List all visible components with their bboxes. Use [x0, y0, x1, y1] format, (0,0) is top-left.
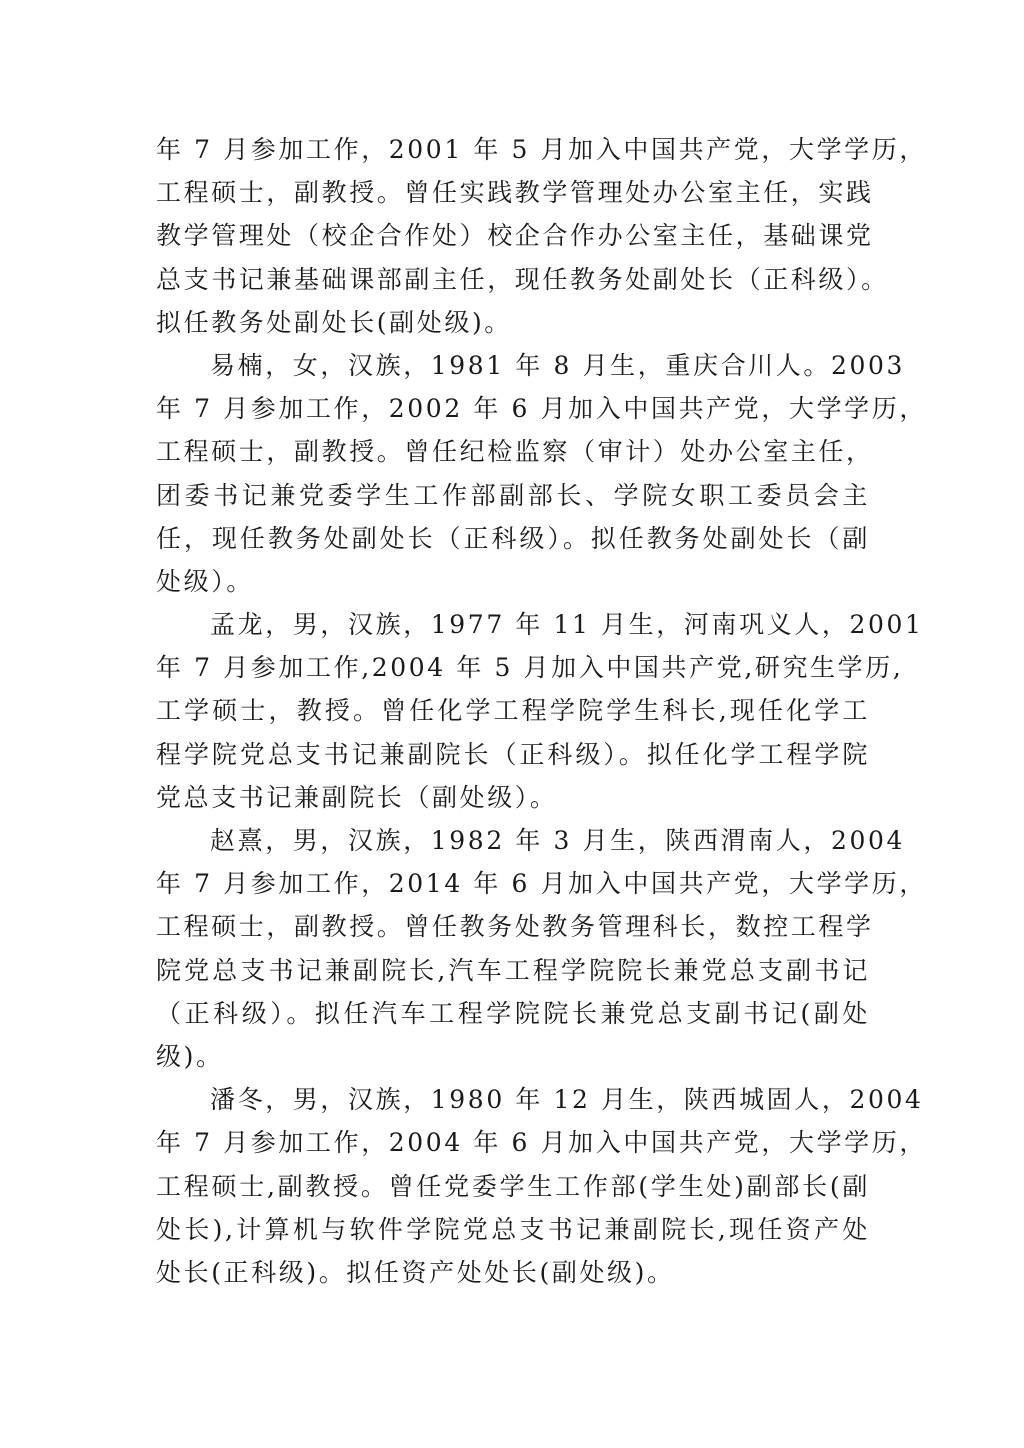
text-line: 处长),计算机与软件学院党总支书记兼副院长,现任资产处	[156, 1208, 870, 1251]
text-line: 处长(正科级)。拟任资产处处长(副处级)。	[156, 1251, 870, 1294]
text-line: 级)。	[156, 1035, 870, 1078]
text-line: 工学硕士，教授。曾任化学工程学院学生科长,现任化学工	[156, 689, 870, 732]
paragraph-meng-long: 孟龙，男，汉族，1977 年 11 月生，河南巩义人，2001 年 7 月参加工…	[156, 603, 870, 819]
text-line: （正科级）。拟任汽车工程学院院长兼党总支副书记(副处	[156, 992, 870, 1035]
text-line: 孟龙，男，汉族，1977 年 11 月生，河南巩义人，2001	[156, 603, 870, 646]
paragraph-pan-dong: 潘冬，男，汉族，1980 年 12 月生，陕西城固人，2004 年 7 月参加工…	[156, 1078, 870, 1294]
paragraph-zhao-xi: 赵熹，男，汉族，1982 年 3 月生，陕西渭南人，2004 年 7 月参加工作…	[156, 819, 870, 1078]
text-line: 院党总支书记兼副院长,汽车工程学院院长兼党总支副书记	[156, 949, 870, 992]
text-line: 年 7 月参加工作，2001 年 5 月加入中国共产党，大学学历，	[156, 128, 870, 171]
text-line: 工程硕士,副教授。曾任党委学生工作部(学生处)副部长(副	[156, 1165, 870, 1208]
text-line: 程学院党总支书记兼副院长（正科级）。拟任化学工程学院	[156, 733, 870, 776]
text-line: 年 7 月参加工作，2002 年 6 月加入中国共产党，大学学历，	[156, 387, 870, 430]
text-line: 年 7 月参加工作,2004 年 5 月加入中国共产党,研究生学历,	[156, 646, 870, 689]
text-line: 总支书记兼基础课部副主任，现任教务处副处长（正科级）。	[156, 258, 870, 301]
text-line: 处级）。	[156, 560, 870, 603]
text-line: 年 7 月参加工作，2004 年 6 月加入中国共产党，大学学历，	[156, 1121, 870, 1164]
text-line: 党总支书记兼副院长（副处级）。	[156, 776, 870, 819]
text-line: 易楠，女，汉族，1981 年 8 月生，重庆合川人。2003	[156, 344, 870, 387]
text-line: 年 7 月参加工作，2014 年 6 月加入中国共产党，大学学历，	[156, 862, 870, 905]
text-line: 任，现任教务处副处长（正科级）。拟任教务处副处长（副	[156, 517, 870, 560]
text-line: 工程硕士，副教授。曾任纪检监察（审计）处办公室主任，	[156, 430, 870, 473]
text-line: 拟任教务处副处长(副处级)。	[156, 301, 870, 344]
text-line: 教学管理处（校企合作处）校企合作办公室主任，基础课党	[156, 214, 870, 257]
text-line: 潘冬，男，汉族，1980 年 12 月生，陕西城固人，2004	[156, 1078, 870, 1121]
text-line: 赵熹，男，汉族，1982 年 3 月生，陕西渭南人，2004	[156, 819, 870, 862]
paragraph-continued: 年 7 月参加工作，2001 年 5 月加入中国共产党，大学学历， 工程硕士，副…	[156, 128, 870, 344]
text-line: 工程硕士，副教授。曾任教务处教务管理科长，数控工程学	[156, 905, 870, 948]
text-line: 工程硕士，副教授。曾任实践教学管理处办公室主任，实践	[156, 171, 870, 214]
text-line: 团委书记兼党委学生工作部副部长、学院女职工委员会主	[156, 474, 870, 517]
paragraph-yi-nan: 易楠，女，汉族，1981 年 8 月生，重庆合川人。2003 年 7 月参加工作…	[156, 344, 870, 603]
document-page: 年 7 月参加工作，2001 年 5 月加入中国共产党，大学学历， 工程硕士，副…	[156, 128, 870, 1294]
